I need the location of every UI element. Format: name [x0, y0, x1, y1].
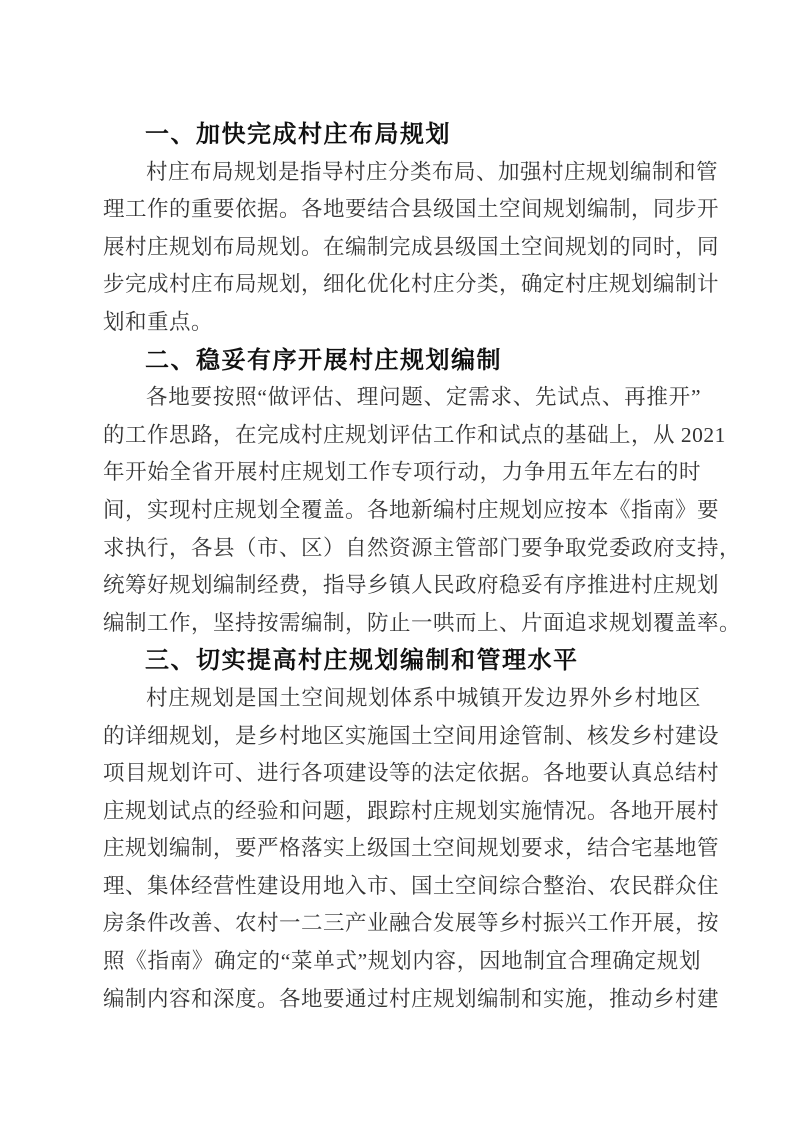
section-heading: 一、加快完成村庄布局规划: [103, 116, 701, 154]
text-line: 理、集体经营性建设用地入市、国土空间综合整治、农民群众住: [103, 868, 701, 906]
text-line: 庄规划编制，要严格落实上级国土空间规划要求，结合宅基地管: [103, 830, 701, 868]
text-line: 村庄规划是国土空间规划体系中城镇开发边界外乡村地区: [103, 680, 701, 718]
text-line: 求执行，各县（市、区）自然资源主管部门要争取党委政府支持，: [103, 530, 701, 568]
text-line: 的工作思路，在完成村庄规划评估工作和试点的基础上，从 2021: [103, 417, 701, 455]
text-line: 照《指南》确定的“菜单式”规划内容，因地制宜合理确定规划: [103, 943, 701, 981]
text-line: 编制内容和深度。各地要通过村庄规划编制和实施，推动乡村建: [103, 981, 701, 1019]
document-page: 一、加快完成村庄布局规划村庄布局规划是指导村庄分类布局、加强村庄规划编制和管理工…: [0, 0, 800, 1131]
text-line: 各地要按照“做评估、理问题、定需求、先试点、再推开”: [103, 379, 701, 417]
text-line: 理工作的重要依据。各地要结合县级国土空间规划编制，同步开: [103, 191, 701, 229]
text-line: 编制工作，坚持按需编制，防止一哄而上、片面追求规划覆盖率。: [103, 605, 701, 643]
section-heading: 二、稳妥有序开展村庄规划编制: [103, 342, 701, 380]
text-line: 村庄布局规划是指导村庄分类布局、加强村庄规划编制和管: [103, 154, 701, 192]
text-line: 的详细规划，是乡村地区实施国土空间用途管制、核发乡村建设: [103, 718, 701, 756]
text-line: 统筹好规划编制经费，指导乡镇人民政府稳妥有序推进村庄规划: [103, 567, 701, 605]
document-body: 一、加快完成村庄布局规划村庄布局规划是指导村庄分类布局、加强村庄规划编制和管理工…: [103, 116, 701, 1018]
text-line: 间，实现村庄规划全覆盖。各地新编村庄规划应按本《指南》要: [103, 492, 701, 530]
text-line: 年开始全省开展村庄规划工作专项行动，力争用五年左右的时: [103, 454, 701, 492]
text-line: 庄规划试点的经验和问题，跟踪村庄规划实施情况。各地开展村: [103, 793, 701, 831]
section-heading: 三、切实提高村庄规划编制和管理水平: [103, 642, 701, 680]
text-line: 房条件改善、农村一二三产业融合发展等乡村振兴工作开展，按: [103, 905, 701, 943]
text-line: 划和重点。: [103, 304, 701, 342]
text-line: 展村庄规划布局规划。在编制完成县级国土空间规划的同时，同: [103, 229, 701, 267]
text-line: 项目规划许可、进行各项建设等的法定依据。各地要认真总结村: [103, 755, 701, 793]
text-line: 步完成村庄布局规划，细化优化村庄分类，确定村庄规划编制计: [103, 266, 701, 304]
